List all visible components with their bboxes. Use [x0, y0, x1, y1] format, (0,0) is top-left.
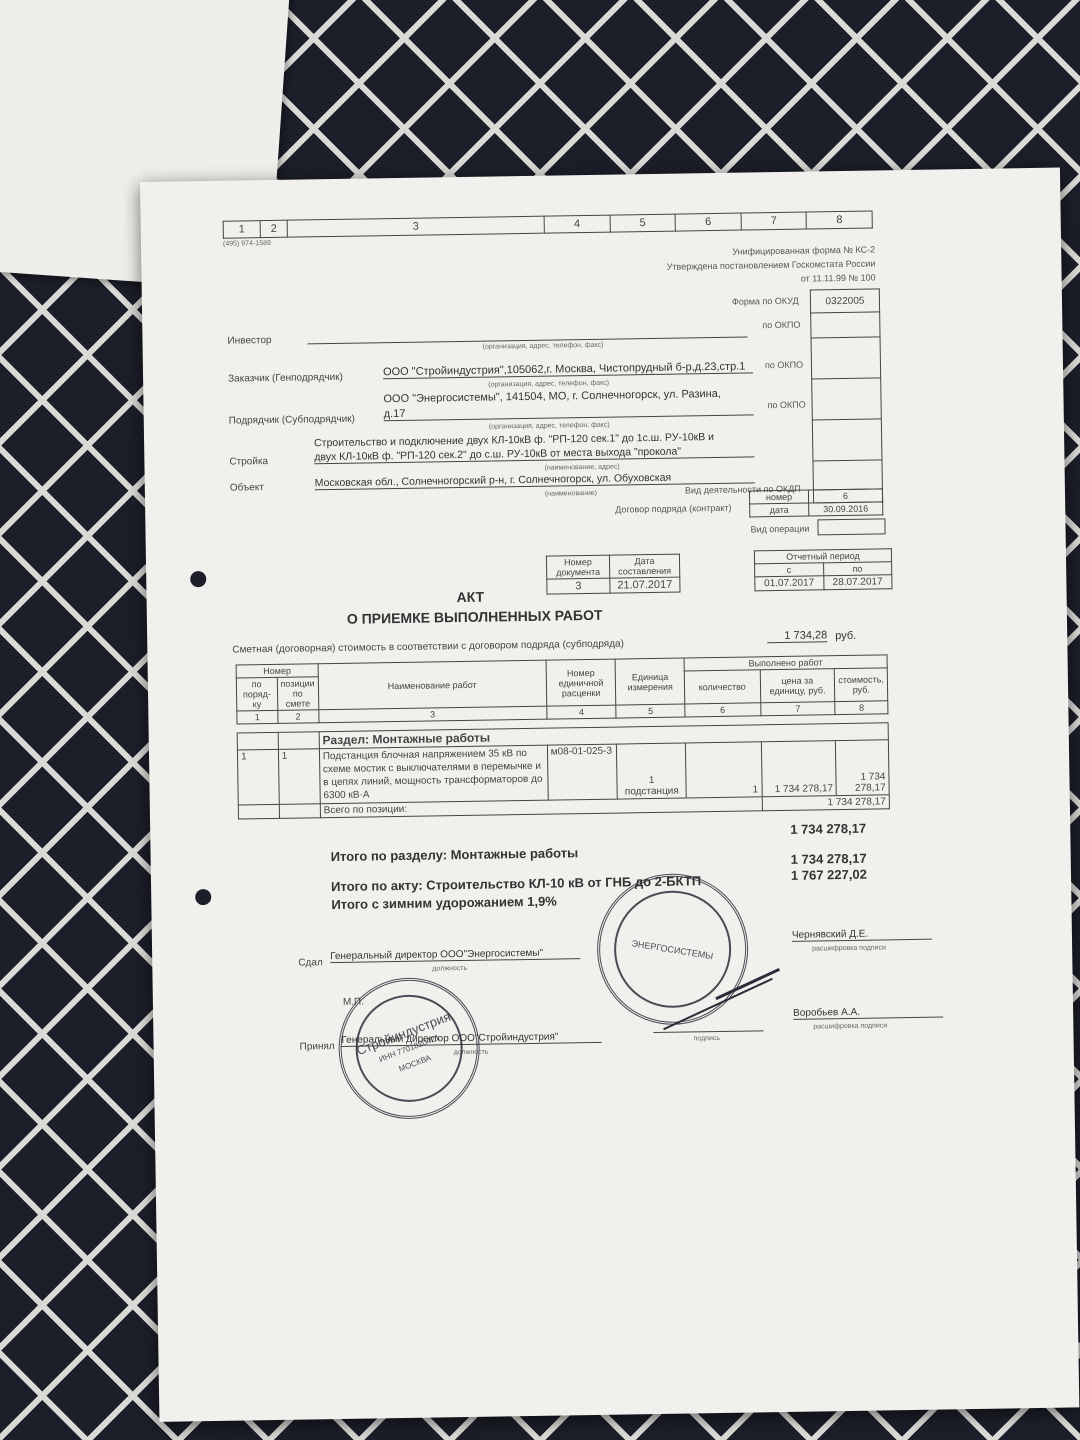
period-to-label: по	[823, 562, 892, 576]
customer-value: ООО "Стройиндустрия",105062,г. Москва, Ч…	[383, 360, 753, 379]
doc-date: 21.07.2017	[610, 577, 680, 593]
caption: должность	[432, 965, 467, 973]
stamp-inn: ИНН 7701820421	[360, 1023, 459, 1073]
cell-rate-code: м08-01-025-3	[547, 744, 618, 800]
ruler-col: 3	[287, 216, 544, 237]
estimate-value: 1 734,28	[767, 629, 827, 643]
okud-value: 0322005	[810, 289, 879, 313]
caption: расшифровка подписи	[813, 1022, 887, 1030]
winter-total-label: Итого с зимним удорожанием 1,9%	[331, 894, 557, 913]
th-rate-code: Номер единичной расценки	[546, 659, 617, 706]
col-number: 4	[546, 705, 616, 719]
ruler-col: 7	[741, 212, 807, 230]
th-cost: стоимость, руб.	[835, 668, 888, 702]
th-position: позиции по смете	[277, 677, 319, 711]
caption: (организация, адрес, телефон, факс)	[488, 380, 609, 389]
site-label: Стройка	[229, 456, 268, 468]
ruler-col: 2	[260, 220, 287, 237]
handed-name: Чернявский Д.Е.	[792, 928, 932, 942]
contract-number: 6	[808, 489, 882, 503]
okpo-customer	[811, 337, 881, 379]
works-table: Номер Наименование работ Номер единичной…	[236, 654, 890, 819]
accepted-label: Принял	[300, 1041, 335, 1053]
cell-price: 1 734 278,17	[761, 741, 837, 797]
estimate-label: Сметная (договорная) стоимость в соответ…	[232, 638, 624, 655]
operation-label: Вид операции	[750, 524, 809, 535]
period-table: Отчетный период спо 01.07.201728.07.2017	[754, 548, 893, 591]
position-total-right: 1 734 278,17	[790, 821, 866, 837]
ruler-col: 5	[610, 214, 676, 232]
cell-position: 1	[278, 749, 320, 805]
phone-strip: (495) 974-1589	[223, 240, 271, 248]
ruler-col: 8	[806, 211, 872, 229]
contract-date-label: дата	[750, 503, 809, 517]
cell-order: 1	[237, 749, 278, 805]
caption: подпись	[693, 1035, 720, 1042]
doc-number: 3	[547, 578, 610, 594]
column-ruler: 1 2 3 4 5 6 7 8	[223, 210, 873, 238]
cell-work-name: Подстанция блочная напряжением 35 кВ по …	[319, 745, 548, 804]
ruler-col: 1	[223, 221, 260, 239]
contractor-label: Подрядчик (Субподрядчик)	[229, 414, 355, 427]
period-to: 28.07.2017	[823, 575, 892, 590]
table-row: 1 1 Подстанция блочная напряжением 35 кВ…	[237, 740, 889, 805]
cell-unit: 1 подстанция	[617, 743, 686, 799]
col-number: 6	[685, 703, 761, 717]
col-number: 2	[277, 710, 318, 724]
stamp-text: Стройиндустрия	[354, 1008, 453, 1058]
stamp-energosistemy: ЭНЕРГОСИСТЕМЫ	[596, 873, 749, 1026]
contract-date: 30.09.2016	[809, 502, 883, 516]
code-site	[812, 419, 882, 461]
code-object	[813, 460, 882, 490]
th-number-group: Номер	[236, 664, 318, 678]
caption: (наименование)	[545, 490, 597, 498]
contract-label: Договор подряда (контракт)	[615, 503, 731, 515]
investor-value	[307, 322, 747, 344]
operation-value	[817, 518, 885, 535]
okpo-contractor	[812, 378, 882, 420]
accepted-signature-line	[653, 1030, 763, 1033]
punch-hole	[190, 571, 206, 587]
th-order: по поряд-ку	[236, 677, 277, 711]
doc-date-header: Дата составления	[609, 554, 679, 578]
doc-number-header: Номер документа	[546, 555, 609, 579]
codes-column: 0322005	[810, 288, 883, 503]
caption: (организация, адрес, телефон, факс)	[483, 342, 604, 351]
act-subtitle: О ПРИЕМКЕ ВЫПОЛНЕННЫХ РАБОТ	[347, 607, 603, 627]
ruler-col: 4	[544, 215, 610, 233]
customer-label: Заказчик (Генподрядчик)	[228, 372, 343, 385]
form-header: Унифицированная форма № КС-2 Утверждена …	[666, 242, 875, 287]
th-work-name: Наименование работ	[318, 660, 547, 710]
okpo-investor	[811, 312, 880, 338]
period-from-label: с	[755, 563, 824, 577]
okpo-label: по ОКПО	[762, 320, 800, 331]
currency: руб.	[835, 630, 856, 642]
okpo-label: по ОКПО	[765, 360, 803, 371]
position-total: 1 734 278,17	[762, 795, 890, 811]
caption: (наименование, адрес)	[544, 464, 619, 472]
accepted-name: Воробьев А.А.	[793, 1005, 943, 1019]
stamp-stroyindustriya: Стройиндустрия ИНН 7701820421 МОСКВА	[338, 977, 481, 1120]
th-price: цена за единицу, руб.	[760, 669, 835, 703]
contract-number-label: номер	[749, 490, 808, 504]
act-total-value: 1 767 227,02	[791, 867, 867, 883]
col-number: 7	[760, 702, 835, 716]
col-number: 1	[237, 710, 278, 724]
th-unit: Единица измерения	[616, 658, 685, 705]
ruler-col: 6	[675, 213, 741, 231]
ks2-document-sheet: 1 2 3 4 5 6 7 8 (495) 974-1589 Унифициро…	[140, 168, 1079, 1422]
investor-label: Инвестор	[227, 335, 271, 347]
handed-label: Сдал	[298, 957, 323, 968]
handed-position: Генеральный директор ООО"Энергосистемы"	[330, 947, 580, 963]
punch-hole	[195, 889, 211, 905]
col-number: 8	[835, 701, 888, 715]
caption: (организация, адрес, телефон, факс)	[489, 422, 610, 431]
act-title: АКТ	[456, 589, 484, 605]
cell-cost: 1 734 278,17	[836, 740, 889, 796]
doc-number-table: Номер документаДата составления 321.07.2…	[546, 554, 681, 595]
contract-table: номер6 дата30.09.2016	[749, 488, 883, 517]
section-total-value: 1 734 278,17	[791, 851, 867, 867]
period-from: 01.07.2017	[755, 576, 824, 591]
cell-quantity: 1	[685, 742, 761, 798]
stamp-text: ЭНЕРГОСИСТЕМЫ	[631, 938, 714, 961]
col-number: 5	[616, 704, 685, 718]
object-label: Объект	[230, 482, 264, 494]
okud-label: Форма по ОКУД	[732, 296, 799, 307]
okpo-label: по ОКПО	[768, 400, 806, 411]
section-total-label: Итого по разделу: Монтажные работы	[331, 845, 579, 864]
contractor-value: д.17	[384, 402, 754, 421]
stamp-city: МОСКВА	[366, 1038, 465, 1088]
th-quantity: количество	[684, 670, 760, 704]
caption: расшифровка подписи	[812, 944, 886, 952]
